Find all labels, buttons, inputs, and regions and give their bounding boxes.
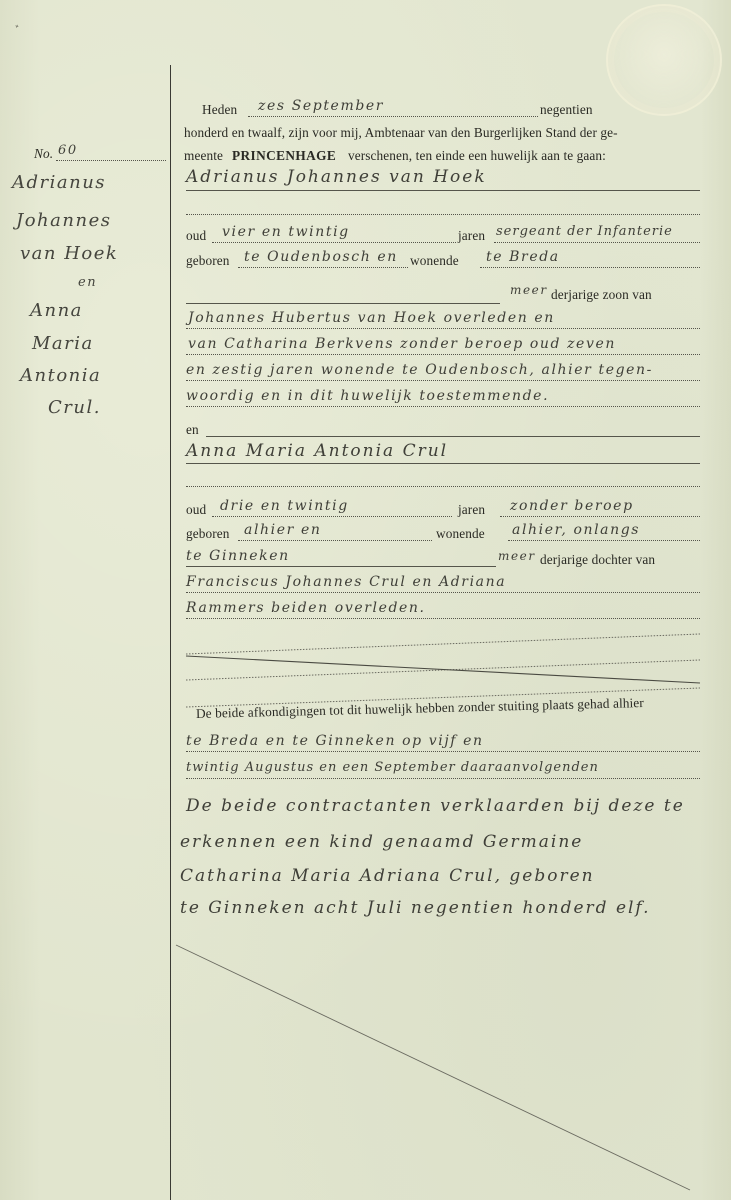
ruled-lines-and-strikes [0, 0, 731, 1200]
annotation-line-2: erkennen een kind genaamd Germaine [180, 832, 583, 852]
annotation-line-4: te Ginneken acht Juli negentien honderd … [180, 898, 651, 918]
proclamation-rule-1 [186, 751, 700, 752]
annotation-line-1: De beide contractanten verklaarden bij d… [186, 796, 685, 816]
proclamation-line-2: twintig Augustus en een September daaraa… [186, 760, 599, 775]
proclamation-rule-2 [186, 778, 700, 779]
annotation-line-3: Catharina Maria Adriana Crul, geboren [180, 866, 595, 886]
proclamation-line-1: te Breda en te Ginneken op vijf en [186, 733, 484, 749]
